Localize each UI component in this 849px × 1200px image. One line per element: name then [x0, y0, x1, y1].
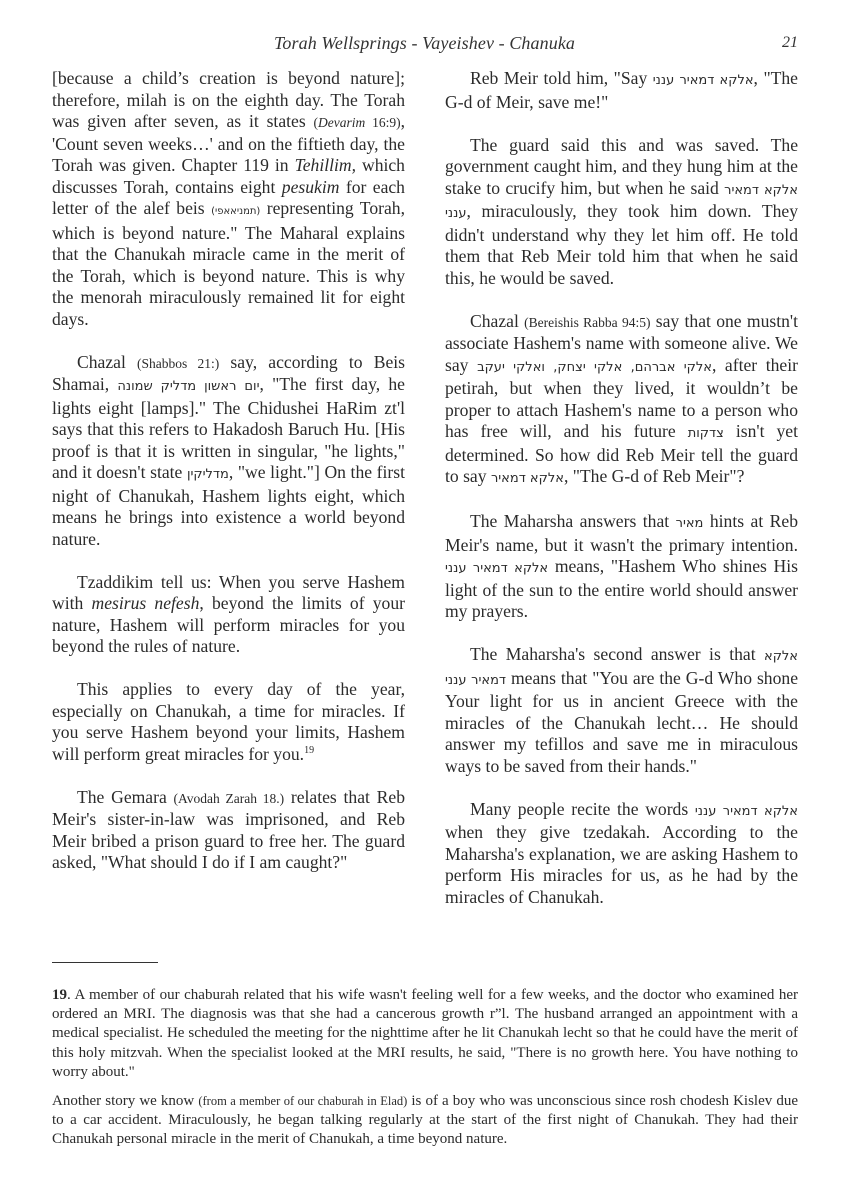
text: when they give tzedakah. According to th… [445, 822, 798, 907]
paragraph-chazal-shabbos: Chazal (Shabbos 21:) say, according to B… [52, 352, 405, 551]
hebrew-text: (תמניאאפי) [211, 206, 260, 217]
paragraph-gemara: The Gemara (Avodah Zarah 18.) relates th… [52, 787, 405, 874]
text: The Maharsha answers that [470, 511, 676, 531]
term-tehillim: Tehillim, [295, 155, 356, 175]
text: Chazal [77, 352, 137, 372]
paragraph-maharsha-answer: The Maharsha answers that מאיר hints at … [445, 511, 798, 623]
hebrew-text: מדליקין [187, 467, 229, 482]
hebrew-text: צדקות [688, 426, 724, 441]
term-mesirus-nefesh: mesirus nefesh [91, 593, 199, 613]
paragraph-maharsha-second: The Maharsha's second answer is that אלק… [445, 644, 798, 777]
footnote-number: 19 [52, 987, 67, 1003]
paragraph-alef-beis: [because a child’s creation is beyond na… [52, 68, 405, 330]
hebrew-text: יום ראשון מדליק שמונה [117, 379, 259, 394]
source-citation: (Bereishis Rabba 94:5) [524, 315, 650, 330]
footnote-19: 19. A member of our chaburah related tha… [52, 986, 798, 1082]
source-citation: (Avodah Zarah 18.) [174, 791, 285, 806]
text: . A member of our chaburah related that … [52, 987, 798, 1080]
paragraph-tzedakah: Many people recite the words אלקא דמאיר … [445, 799, 798, 909]
paragraph-tzaddikim: Tzaddikim tell us: When you serve Hashem… [52, 572, 405, 658]
text: , miraculously, they took him down. They… [445, 201, 798, 288]
source-citation: (Shabbos 21:) [137, 356, 219, 371]
right-column: Reb Meir told him, "Say אלקא דמאיר ענני,… [445, 68, 798, 930]
page-number: 21 [782, 34, 798, 52]
paragraph-guard-saved: The guard said this and was saved. The g… [445, 135, 798, 290]
text: Reb Meir told him, "Say [470, 68, 653, 88]
hebrew-text: אלקי אברהם, אלקי יצחק, ואלקי יעקב [477, 360, 712, 375]
text: Chazal [470, 311, 524, 331]
footnotes: 19. A member of our chaburah related tha… [52, 986, 798, 1160]
source-citation: (Devarim 16:9) [314, 115, 401, 130]
hebrew-text: מאיר [676, 516, 704, 531]
left-column: [because a child’s creation is beyond na… [52, 68, 405, 895]
text: Another story we know [52, 1093, 198, 1109]
paragraph-reb-meir-told: Reb Meir told him, "Say אלקא דמאיר ענני,… [445, 68, 798, 113]
running-title: Torah Wellsprings - Vayeishev - Chanuka [0, 33, 849, 54]
hebrew-text: אלקא דמאיר ענני [695, 804, 798, 819]
term-pesukim: pesukim [282, 177, 340, 197]
text: The Maharsha's second answer is that [470, 644, 764, 664]
paragraph-chazal-bereishis: Chazal (Bereishis Rabba 94:5) say that o… [445, 311, 798, 490]
footnote-19-continued: Another story we know (from a member of … [52, 1092, 798, 1150]
text: Many people recite the words [470, 799, 695, 819]
footnote-reference[interactable]: 19 [304, 745, 314, 756]
hebrew-text: אלקא דמאיר [491, 471, 564, 486]
paragraph-every-day: This applies to every day of the year, e… [52, 679, 405, 765]
page-header: Torah Wellsprings - Vayeishev - Chanuka … [0, 33, 849, 57]
hebrew-text: אלקא דמאיר ענני [445, 561, 548, 576]
text: This applies to every day of the year, e… [52, 679, 405, 764]
source-citation: (from a member of our chaburah in Elad) [198, 1094, 407, 1108]
text: , "The G-d of Reb Meir"? [564, 466, 744, 486]
text: The Gemara [77, 787, 174, 807]
hebrew-text: אלקא דמאיר ענני [653, 73, 754, 88]
footnote-separator [52, 962, 158, 963]
